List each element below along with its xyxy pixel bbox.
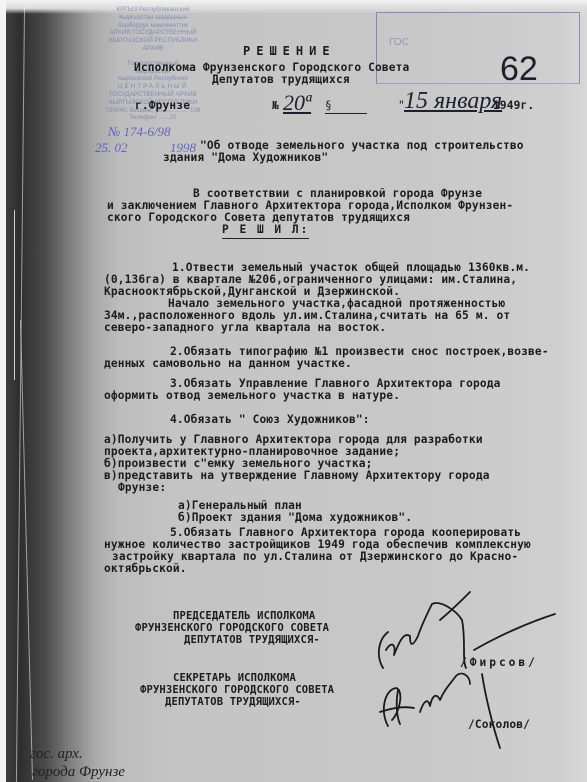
chairman-title-line: ДЕПУТАТОВ ТРУДЯЩИХСЯ- — [184, 634, 320, 647]
resolved-heading: Р Е Ш И Л: — [222, 224, 309, 239]
document-title: РЕШЕНИЕ — [243, 45, 336, 58]
secretary-title-line: ДЕПУТАТОВ ТРУДЯЩИХСЯ- — [165, 696, 301, 709]
chairman-title-line: ПРЕДСЕДАТЕЛЬ ИСПОЛКОМА — [173, 610, 315, 623]
item-1-line: северо-западного угла квартала на восток… — [104, 322, 386, 335]
margin-note-line-2: города Фрунзе — [32, 764, 125, 781]
item-4-sub-line: б)Проект здания "Дома художников". — [178, 512, 412, 525]
chairman-title-line: ФРУНЗЕНСКОГО ГОРОДСКОГО СОВЕТА — [135, 622, 329, 635]
item-4-line: 4.Обязать " Союз Художников": — [170, 414, 370, 427]
date-handwritten: 15 января — [404, 88, 502, 115]
item-5-line: октябрьской. — [104, 563, 187, 576]
secretary-title-line: ФРУНЗЕНСКОГО ГОРОДСКОГО СОВЕТА — [140, 684, 334, 697]
margin-note-line-1: гос. арх. — [30, 746, 83, 763]
item-2-line: денных самовольно на данном участке. — [104, 358, 352, 371]
number-prefix: № — [272, 100, 279, 113]
archive-reg-date: 25. 02 — [95, 140, 128, 156]
item-4-line: Фрунзе: — [118, 482, 166, 495]
chairman-name: /Фирсов/ — [460, 657, 538, 670]
stamp-line: ЦЕНТРАЛЬНЫЙ — [88, 83, 218, 91]
stamp-line: КРГЫЗ Республиканский — [88, 6, 218, 14]
city: г.Фрунзе — [135, 100, 190, 113]
box-stamp-text: ГОС — [389, 37, 409, 48]
stamp-line: АРХИВ — [88, 45, 218, 53]
crease-line — [20, 320, 33, 780]
stamp-line: ГОСУДАРСТВЕННЫЙ АРХИВ — [88, 91, 218, 99]
stamp-line: Телефон: ......25 — [88, 114, 218, 122]
subject-line-2: здания "Дома Художников" — [163, 152, 328, 165]
secretary-title-line: СЕКРЕТАРЬ ИСПОЛКОМА — [173, 672, 296, 685]
crease-line — [16, 0, 25, 782]
crease-line — [14, 210, 15, 380]
item-3-line: оформить отвод земельного участка в нату… — [104, 390, 400, 403]
document-scan: КРГЫЗ Республиканский Кыргызстан шаарыны… — [0, 0, 587, 782]
archive-reg-number: № 174-6/98 — [108, 124, 170, 140]
handwritten-page-number: 62 — [500, 50, 538, 89]
stamp-line: КЫРГЫЗСКОЙ РЕСПУБЛИКИ — [88, 37, 218, 45]
issuer-line-2: Депутатов трудящихся — [212, 74, 350, 87]
number-suffix: § — [325, 100, 367, 114]
date-year: 1949г. — [493, 100, 534, 113]
secretary-name: /Соколов/ — [468, 719, 530, 732]
stamp-line: Кыргызской Республики — [88, 75, 218, 83]
document-number: 20ª — [283, 90, 311, 116]
stamp-line: Кыргызстан шаарынын — [88, 14, 218, 22]
